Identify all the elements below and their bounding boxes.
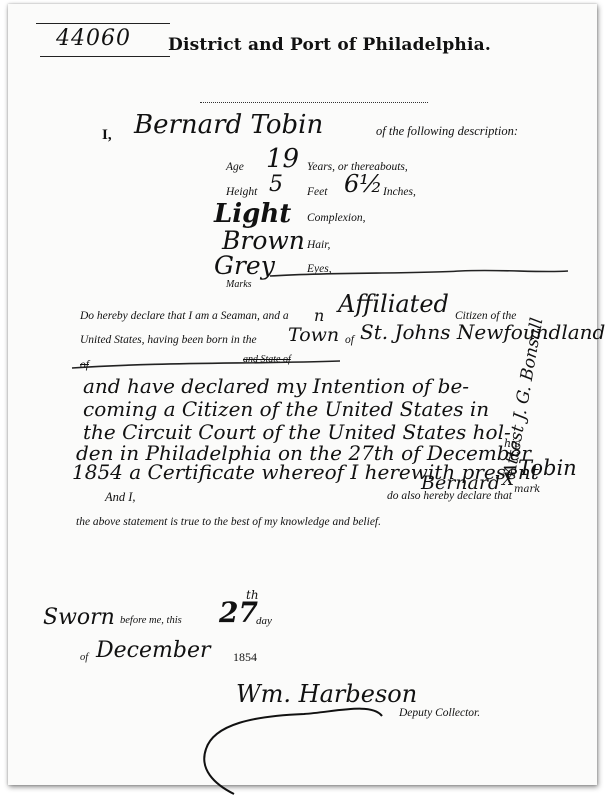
official-title: Deputy Collector. xyxy=(399,707,480,719)
mark-label: mark xyxy=(514,484,540,495)
age-label: Age xyxy=(226,161,244,173)
and-i: And I, xyxy=(105,490,136,505)
serial-bottom-rule xyxy=(40,56,170,57)
year: 1854 xyxy=(233,650,257,665)
day-suffix: th xyxy=(246,588,259,602)
handwritten-line-1: and have declared my Intention of be- xyxy=(83,374,469,398)
of-label-2: of xyxy=(80,652,88,663)
heading: District and Port of Philadelphia. xyxy=(168,35,491,55)
marks-line xyxy=(270,268,570,280)
age-value: 19 xyxy=(266,144,299,174)
declarant-prefix: I, xyxy=(102,127,112,144)
declare-line1-hand-a: n xyxy=(314,306,324,325)
eyes-value: Grey xyxy=(214,251,275,280)
declarant-name: Bernard Tobin xyxy=(134,110,323,140)
hair-label: Hair, xyxy=(307,239,330,251)
of-label: of xyxy=(345,334,354,346)
before-me: before me, this xyxy=(120,615,182,626)
description-label: of the following description: xyxy=(376,124,518,139)
ornamental-rule xyxy=(200,102,428,105)
citizenship-type: Affiliated xyxy=(338,290,449,318)
complexion-value: Light xyxy=(214,199,291,229)
handwritten-line-2: coming a Citizen of the United States in xyxy=(83,397,489,421)
document-page: 44060 District and Port of Philadelphia.… xyxy=(8,4,597,785)
declare-line1-a: Do hereby declare that I am a Seaman, an… xyxy=(80,310,289,322)
declare-line2-a: United States, having been born in the xyxy=(80,334,257,346)
serial-top-rule xyxy=(36,23,170,24)
feet-label: Feet xyxy=(307,186,327,198)
also-declare: do also hereby declare that xyxy=(387,490,512,502)
inches-label: Inches, xyxy=(383,186,416,198)
height-inches: 6½ xyxy=(344,170,383,198)
height-feet: 5 xyxy=(269,172,283,197)
mark-last-name: Tobin xyxy=(518,456,577,480)
marks-label: Marks xyxy=(226,279,252,290)
sworn-hand: Sworn xyxy=(43,605,115,630)
day-label: day xyxy=(256,615,272,627)
statement: the above statement is true to the best … xyxy=(76,516,381,528)
month-value: December xyxy=(96,638,210,663)
signature-flourish xyxy=(194,704,394,794)
born-place-type: Town xyxy=(288,324,339,346)
complexion-label: Complexion, xyxy=(307,212,365,224)
strike-line xyxy=(72,360,342,370)
born-place: St. Johns Newfoundland xyxy=(360,320,605,344)
serial-number: 44060 xyxy=(56,26,131,51)
height-label: Height xyxy=(226,186,257,198)
